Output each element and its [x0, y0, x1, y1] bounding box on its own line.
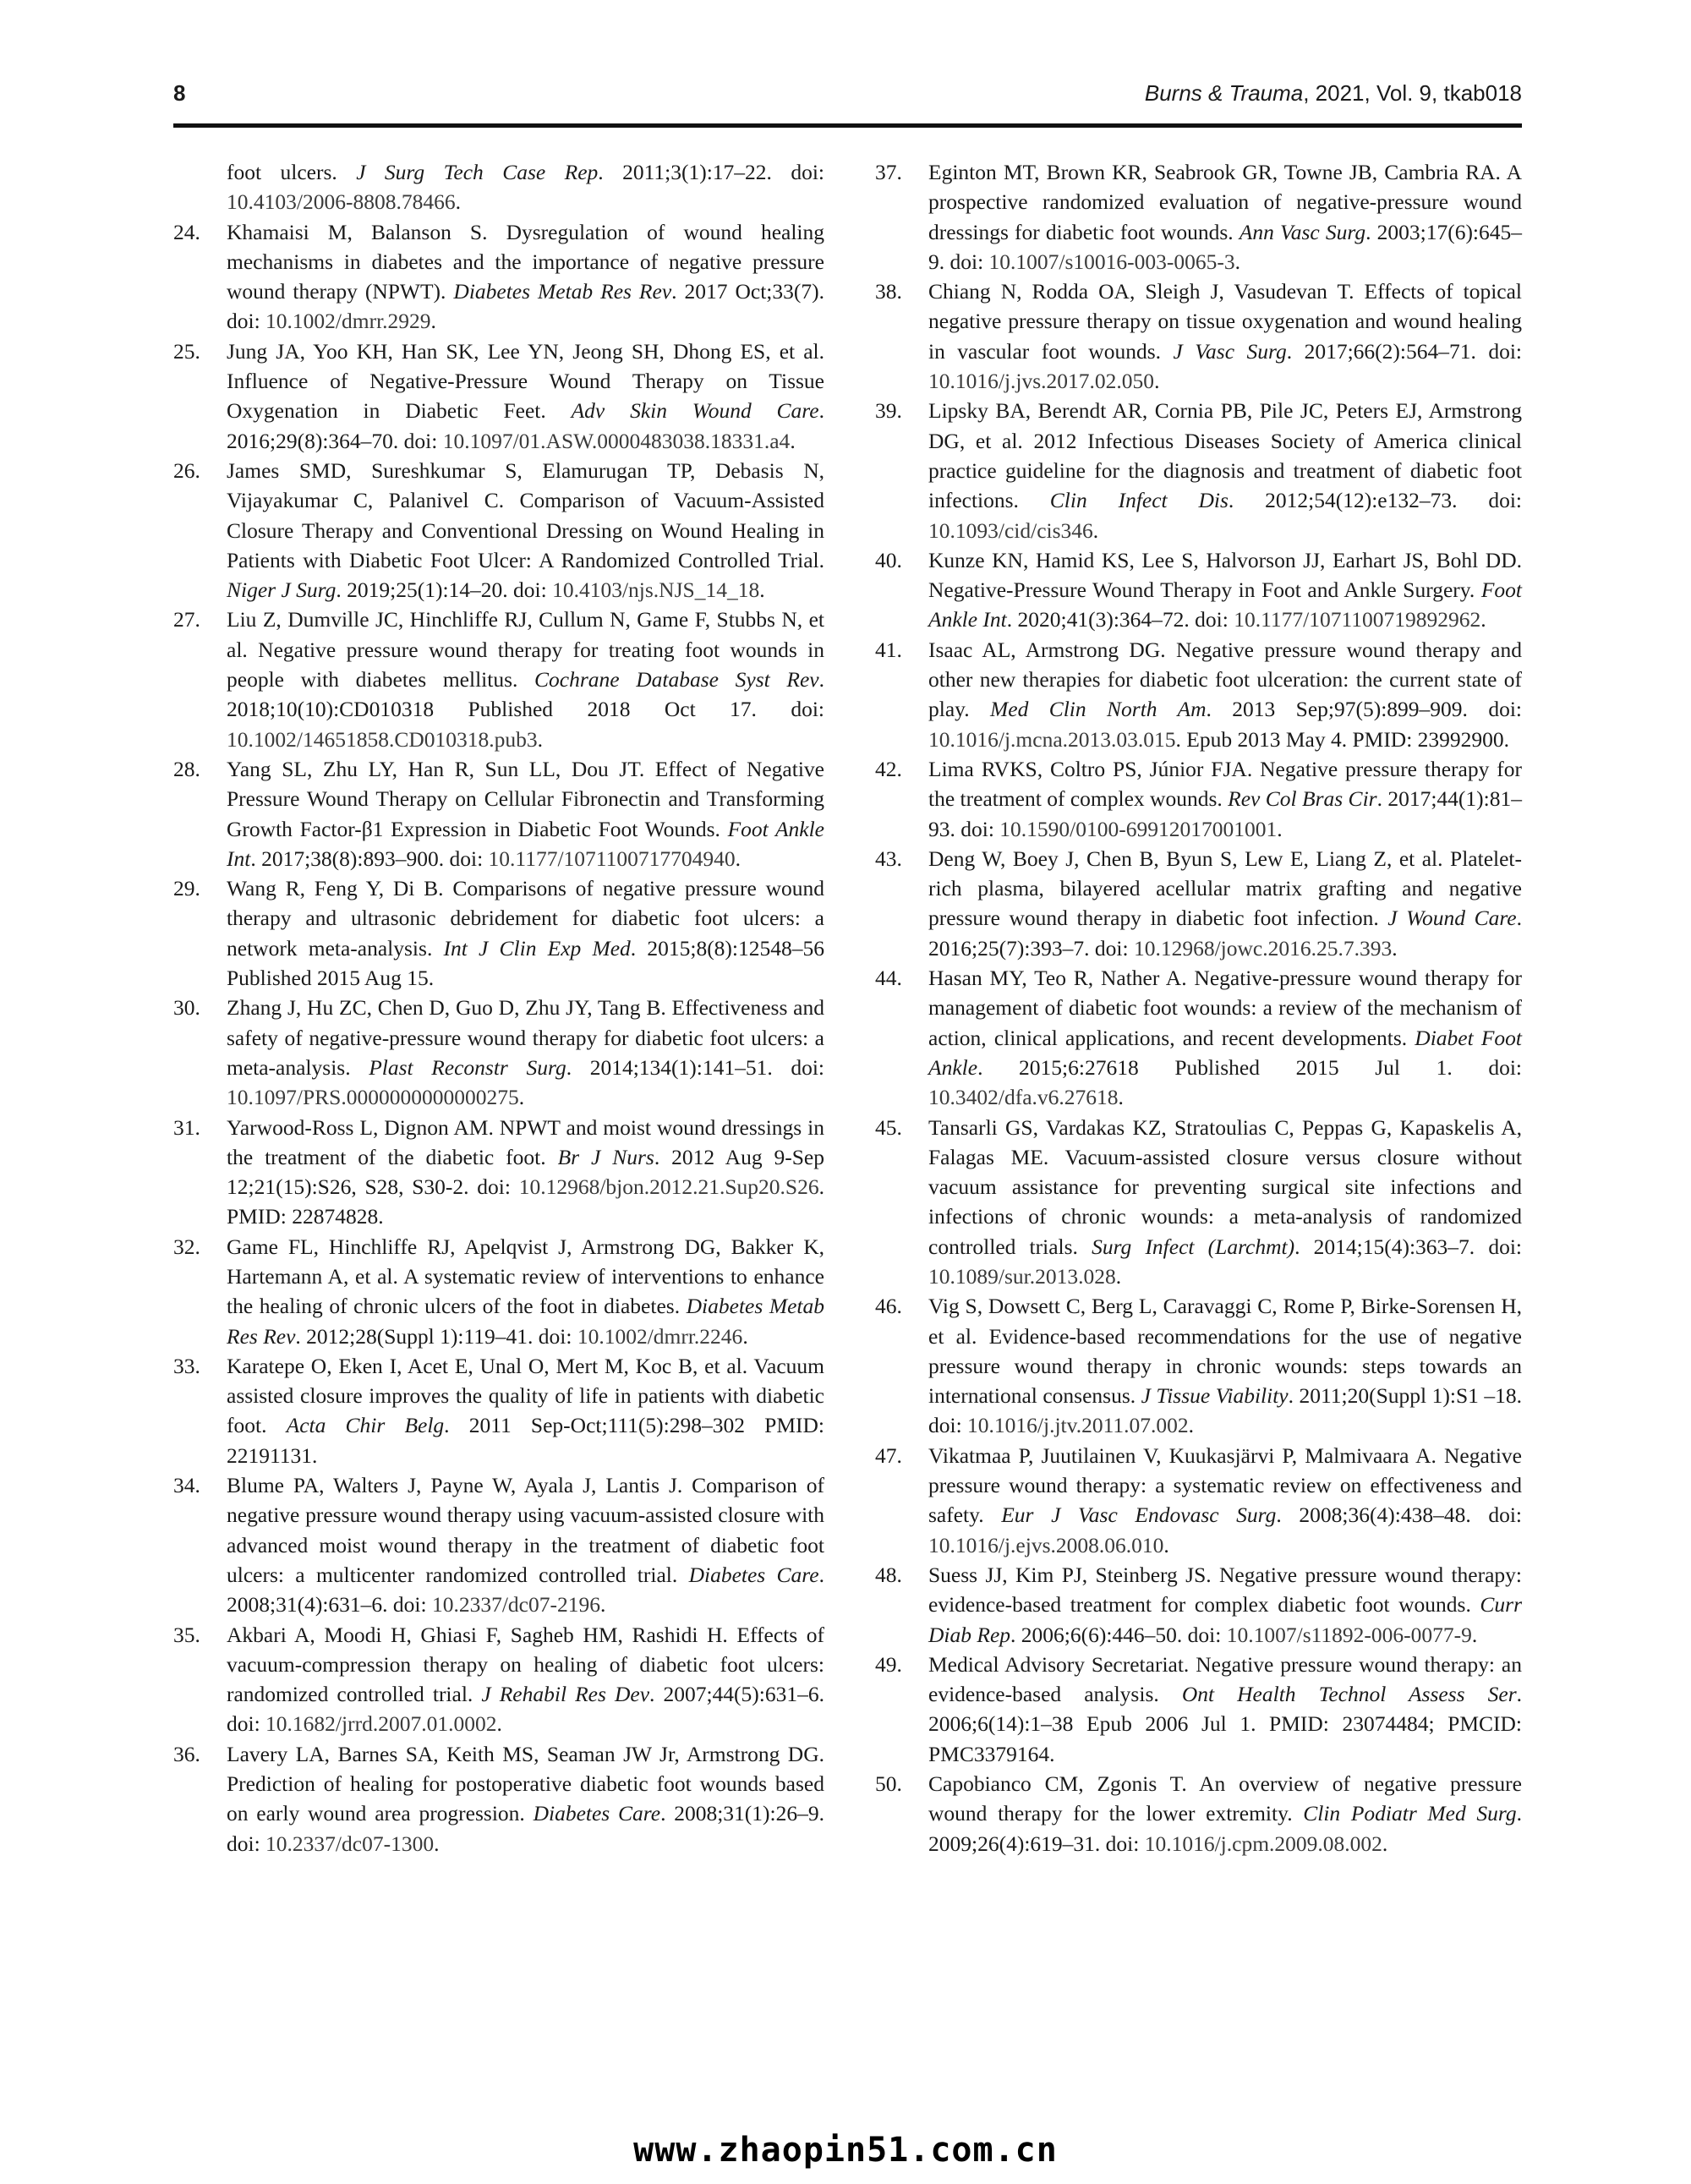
reference-number: 37. — [875, 157, 902, 187]
reference-number: 36. — [173, 1739, 200, 1769]
reference-number: 50. — [875, 1769, 902, 1798]
journal-citation: , 2021, Vol. 9, tkab018 — [1303, 80, 1522, 106]
reference-item: 42.Lima RVKS, Coltro PS, Júnior FJA. Neg… — [875, 754, 1522, 844]
doi-link[interactable]: 10.1177/1071100717704940 — [489, 846, 736, 871]
reference-number: 32. — [173, 1232, 200, 1262]
reference-tail: . — [736, 846, 741, 871]
reference-item: 35.Akbari A, Moodi H, Ghiasi F, Sagheb H… — [173, 1620, 824, 1739]
reference-item: 24.Khamaisi M, Balanson S. Dysregulation… — [173, 217, 824, 337]
reference-number: 38. — [875, 276, 902, 306]
doi-link[interactable]: 10.12968/bjon.2012.21.Sup20.S26 — [519, 1174, 819, 1199]
reference-details: . 2011;3(1):17–22. doi: — [598, 160, 824, 184]
reference-item: 26.James SMD, Sureshkumar S, Elamurugan … — [173, 456, 824, 605]
reference-journal: J Tissue Viability — [1141, 1383, 1289, 1408]
reference-tail: . — [742, 1324, 747, 1349]
reference-item: 50.Capobianco CM, Zgonis T. An overview … — [875, 1769, 1522, 1858]
reference-tail: . — [600, 1592, 605, 1617]
reference-tail: . — [1116, 1264, 1121, 1289]
reference-item: 41.Isaac AL, Armstrong DG. Negative pres… — [875, 635, 1522, 754]
reference-tail: . — [1189, 1413, 1194, 1437]
reference-details: . 2014;15(4):363–7. doi: — [1294, 1234, 1522, 1259]
reference-item: 34.Blume PA, Walters J, Payne W, Ayala J… — [173, 1470, 824, 1619]
reference-details: . 2017;38(8):893–900. doi: — [250, 846, 488, 871]
doi-link[interactable]: 10.1002/14651858.CD010318.pub3 — [227, 727, 538, 752]
reference-number: 31. — [173, 1113, 200, 1142]
reference-tail: . — [1472, 1623, 1477, 1647]
reference-item: 37.Eginton MT, Brown KR, Seabrook GR, To… — [875, 157, 1522, 276]
doi-link[interactable]: 10.1590/0100-69912017001001 — [999, 817, 1277, 841]
reference-journal: Adv Skin Wound Care — [572, 398, 819, 423]
reference-number: 27. — [173, 605, 200, 634]
doi-link[interactable]: 10.1016/j.mcna.2013.03.015 — [928, 727, 1176, 752]
reference-text: Kunze KN, Hamid KS, Lee S, Halvorson JJ,… — [928, 548, 1522, 602]
reference-number: 44. — [875, 963, 902, 993]
reference-item: 36.Lavery LA, Barnes SA, Keith MS, Seama… — [173, 1739, 824, 1858]
reference-item: 47.Vikatmaa P, Juutilainen V, Kuukasjärv… — [875, 1441, 1522, 1560]
doi-link[interactable]: 10.1007/s10016-003-0065-3 — [989, 249, 1235, 274]
reference-text: James SMD, Sureshkumar S, Elamurugan TP,… — [227, 458, 824, 572]
reference-journal: Diabetes Metab Res Rev — [453, 279, 671, 304]
reference-journal: J Wound Care — [1387, 906, 1516, 930]
reference-number: 41. — [875, 635, 902, 665]
reference-tail: . — [1382, 1831, 1387, 1856]
reference-tail: . — [1163, 1533, 1168, 1557]
reference-tail: . — [1119, 1085, 1124, 1109]
reference-tail: . — [431, 309, 436, 333]
reference-text: Suess JJ, Kim PJ, Steinberg JS. Negative… — [928, 1563, 1522, 1617]
reference-tail: . — [456, 189, 461, 214]
reference-journal: Clin Infect Dis — [1050, 488, 1229, 512]
reference-tail: . — [1277, 817, 1282, 841]
reference-item: 49.Medical Advisory Secretariat. Negativ… — [875, 1650, 1522, 1769]
reference-item: 28.Yang SL, Zhu LY, Han R, Sun LL, Dou J… — [173, 754, 824, 873]
reference-number: 43. — [875, 844, 902, 873]
reference-text: foot ulcers. — [227, 160, 356, 184]
references-right-column: 37.Eginton MT, Brown KR, Seabrook GR, To… — [875, 157, 1522, 1858]
reference-item: 46.Vig S, Dowsett C, Berg L, Caravaggi C… — [875, 1291, 1522, 1440]
doi-link[interactable]: 10.2337/dc07-1300 — [265, 1831, 434, 1856]
reference-number: 26. — [173, 456, 200, 485]
reference-details: . 2013 Sep;97(5):899–909. doi: — [1206, 697, 1522, 721]
page-number: 8 — [173, 80, 185, 107]
reference-item: 39.Lipsky BA, Berendt AR, Cornia PB, Pil… — [875, 396, 1522, 545]
reference-number: 46. — [875, 1291, 902, 1321]
doi-link[interactable]: 10.1177/1071100719892962 — [1234, 607, 1480, 632]
reference-number: 35. — [173, 1620, 200, 1650]
reference-tail: . — [1093, 518, 1098, 543]
doi-link[interactable]: 10.1682/jrrd.2007.01.0002 — [265, 1711, 496, 1736]
reference-item: 40.Kunze KN, Hamid KS, Lee S, Halvorson … — [875, 545, 1522, 635]
reference-number: 30. — [173, 993, 200, 1022]
reference-item: 33.Karatepe O, Eken I, Acet E, Unal O, M… — [173, 1351, 824, 1470]
reference-details: . 2019;25(1):14–20. doi: — [336, 577, 552, 602]
reference-journal: Cochrane Database Syst Rev — [534, 667, 819, 692]
reference-number: 28. — [173, 754, 200, 784]
reference-item: 48.Suess JJ, Kim PJ, Steinberg JS. Negat… — [875, 1560, 1522, 1650]
reference-details: . 2020;41(3):364–72. doi: — [1007, 607, 1234, 632]
doi-link[interactable]: 10.1016/j.jtv.2011.07.002 — [967, 1413, 1189, 1437]
doi-link[interactable]: 10.1097/01.ASW.0000483038.18331.a4 — [443, 429, 791, 453]
doi-link[interactable]: 10.12968/jowc.2016.25.7.393 — [1134, 936, 1392, 961]
reference-tail: . — [496, 1711, 501, 1736]
reference-number: 34. — [173, 1470, 200, 1500]
reference-number: 42. — [875, 754, 902, 784]
reference-tail: . — [538, 727, 543, 752]
doi-link[interactable]: 10.1093/cid/cis346 — [928, 518, 1093, 543]
reference-item: 32.Game FL, Hinchliffe RJ, Apelqvist J, … — [173, 1232, 824, 1351]
reference-tail: . — [1392, 936, 1397, 961]
doi-link[interactable]: 10.1097/PRS.0000000000000275 — [227, 1085, 519, 1109]
reference-details: . 2015;6:27618 Published 2015 Jul 1. doi… — [977, 1055, 1522, 1080]
reference-number: 24. — [173, 217, 200, 247]
header-rule — [173, 123, 1522, 128]
reference-journal: J Rehabil Res Dev — [481, 1682, 649, 1706]
reference-details: . 2014;134(1):141–51. doi: — [566, 1055, 824, 1080]
reference-item: 38.Chiang N, Rodda OA, Sleigh J, Vasudev… — [875, 276, 1522, 396]
reference-item: foot ulcers. J Surg Tech Case Rep. 2011;… — [173, 157, 824, 217]
reference-journal: J Vasc Surg — [1173, 339, 1286, 364]
reference-item: 44.Hasan MY, Teo R, Nather A. Negative-p… — [875, 963, 1522, 1112]
watermark: www.zhaopin51.com.cn — [592, 2131, 1099, 2170]
reference-item: 31.Yarwood-Ross L, Dignon AM. NPWT and m… — [173, 1113, 824, 1232]
reference-journal: J Surg Tech Case Rep — [356, 160, 598, 184]
reference-tail: . — [519, 1085, 524, 1109]
reference-details: . 2006;6(6):446–50. doi: — [1010, 1623, 1227, 1647]
reference-details: . 2017;66(2):564–71. doi: — [1287, 339, 1522, 364]
doi-link[interactable]: 10.2337/dc07-2196 — [432, 1592, 600, 1617]
reference-item: 45.Tansarli GS, Vardakas KZ, Stratoulias… — [875, 1113, 1522, 1292]
doi-link[interactable]: 10.1016/j.ejvs.2008.06.010 — [928, 1533, 1163, 1557]
reference-item: 43.Deng W, Boey J, Chen B, Byun S, Lew E… — [875, 844, 1522, 963]
page-header: 8 Burns & Trauma, 2021, Vol. 9, tkab018 — [173, 80, 1522, 114]
reference-number: 40. — [875, 545, 902, 575]
reference-journal: Acta Chir Belg — [287, 1413, 445, 1437]
reference-number: 25. — [173, 337, 200, 366]
reference-number: 33. — [173, 1351, 200, 1381]
reference-journal: Ann Vasc Surg — [1240, 220, 1365, 244]
reference-journal: Ont Health Technol Assess Ser — [1182, 1682, 1517, 1706]
reference-number: 47. — [875, 1441, 902, 1470]
doi-link[interactable]: 10.3402/dfa.v6.27618 — [928, 1085, 1119, 1109]
doi-link[interactable]: 10.4103/njs.NJS_14_18 — [552, 577, 759, 602]
reference-journal: Int J Clin Exp Med — [444, 936, 631, 961]
doi-link[interactable]: 10.1089/sur.2013.028 — [928, 1264, 1116, 1289]
reference-journal: Br J Nurs — [558, 1145, 654, 1169]
reference-journal: Surg Infect (Larchmt) — [1092, 1234, 1294, 1259]
doi-link[interactable]: 10.1002/dmrr.2929 — [265, 309, 431, 333]
reference-journal: Med Clin North Am — [990, 697, 1206, 721]
reference-number: 48. — [875, 1560, 902, 1590]
doi-link[interactable]: 10.1016/j.cpm.2009.08.002 — [1145, 1831, 1382, 1856]
reference-item: 25.Jung JA, Yoo KH, Han SK, Lee YN, Jeon… — [173, 337, 824, 456]
reference-tail: . — [1154, 369, 1159, 393]
reference-journal: Diabetes Care — [534, 1801, 660, 1825]
doi-link[interactable]: 10.1007/s11892-006-0077-9 — [1227, 1623, 1472, 1647]
reference-tail: . — [1480, 607, 1486, 632]
reference-tail: . — [759, 577, 764, 602]
reference-item: 27.Liu Z, Dumville JC, Hinchliffe RJ, Cu… — [173, 605, 824, 753]
reference-journal: Plast Reconstr Surg — [369, 1055, 566, 1080]
reference-item: 30.Zhang J, Hu ZC, Chen D, Guo D, Zhu JY… — [173, 993, 824, 1112]
reference-details: . 2012;54(12):e132–73. doi: — [1229, 488, 1522, 512]
doi-link[interactable]: 10.1016/j.jvs.2017.02.050 — [928, 369, 1154, 393]
reference-journal: Diabetes Care — [689, 1563, 819, 1587]
reference-journal: Eur J Vasc Endovasc Surg — [1001, 1503, 1276, 1527]
running-head: Burns & Trauma, 2021, Vol. 9, tkab018 — [1145, 80, 1522, 107]
reference-tail: . — [434, 1831, 439, 1856]
reference-details: . 2008;36(4):438–48. doi: — [1276, 1503, 1522, 1527]
reference-journal: Clin Podiatr Med Surg — [1303, 1801, 1516, 1825]
reference-number: 29. — [173, 873, 200, 903]
reference-number: 45. — [875, 1113, 902, 1142]
reference-tail: . — [790, 429, 795, 453]
reference-journal: Rev Col Bras Cir — [1228, 786, 1376, 811]
doi-link[interactable]: 10.4103/2006-8808.78466 — [227, 189, 456, 214]
references-left-column: foot ulcers. J Surg Tech Case Rep. 2011;… — [173, 157, 824, 1858]
doi-link[interactable]: 10.1002/dmrr.2246 — [577, 1324, 743, 1349]
journal-name: Burns & Trauma — [1145, 80, 1303, 106]
reference-tail: . — [1235, 249, 1240, 274]
reference-details: . 2012;28(Suppl 1):119–41. doi: — [295, 1324, 577, 1349]
reference-number: 49. — [875, 1650, 902, 1679]
reference-number: 39. — [875, 396, 902, 425]
reference-tail: . Epub 2013 May 4. PMID: 23992900. — [1176, 727, 1510, 752]
reference-item: 29.Wang R, Feng Y, Di B. Comparisons of … — [173, 873, 824, 993]
reference-journal: Niger J Surg — [227, 577, 336, 602]
